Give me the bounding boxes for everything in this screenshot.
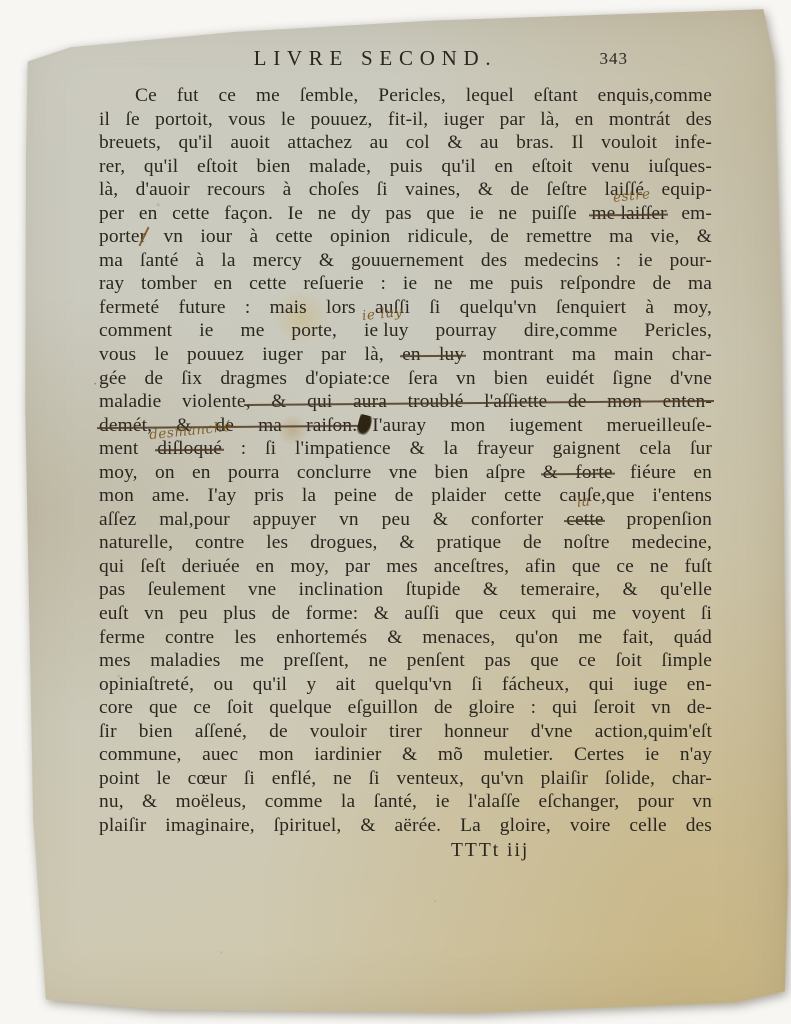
print-text: comment ie me porte,	[99, 320, 364, 341]
print-text: vous le pouuez iuger par là,	[99, 344, 402, 365]
text-line: per en cette façon. Ie ne dy pas que ie …	[99, 202, 712, 226]
print-text: pas ſeulement vne inclination ſtupide & …	[99, 579, 712, 600]
print-text: breuets, qu'il auoit attachez au col & a…	[99, 132, 712, 153]
print-text: montrant ma main char-	[464, 344, 712, 365]
print-text: ma ſanté à la mercy & gouuernement des m…	[99, 250, 712, 271]
margin-speck: '	[109, 776, 111, 792]
text-line: ferme contre les enhortemés & menaces, q…	[99, 626, 712, 650]
print-text: ie luy	[364, 320, 409, 341]
text-line: Ce fut ce me ſemble, Pericles, lequel eſ…	[99, 84, 712, 108]
margin-speck: '	[112, 748, 114, 764]
text-line: core que ce ſoit quelque eſguillon de gl…	[99, 696, 712, 720]
text-line: aſſez mal,pour appuyer vn peu & conforte…	[99, 508, 712, 532]
struck-text: & forte	[543, 462, 613, 483]
print-text: mon ame. I'ay pris la peine de plaider c…	[99, 485, 712, 506]
text-line: moy, on en pourra conclurre vne bien aſp…	[99, 461, 712, 485]
margin-speck: ·	[93, 376, 97, 392]
print-text: gée de ſix dragmes d'opiate:ce ſera vn b…	[99, 368, 712, 389]
text-line: pas ſeulement vne inclination ſtupide & …	[99, 578, 712, 602]
text-line: ma ſanté à la mercy & gouuernement des m…	[99, 249, 712, 273]
print-text: ferme contre les enhortemés & menaces, q…	[99, 627, 712, 648]
text-line: euſt vn peu plus de forme: & auſſi que c…	[99, 602, 712, 626]
text-line: point le cœur ſi enflé, ne ſi venteux, q…	[99, 767, 712, 791]
text-line: nu, & moëleus, comme la ſanté, ie l'alaſ…	[99, 790, 712, 814]
print-text: pourray dire,comme Pericles,	[409, 320, 712, 341]
print-text: porte	[99, 226, 140, 247]
text-line: il ſe portoit, vous le pouuez, fit-il, i…	[99, 108, 712, 132]
print-text: ment	[99, 438, 157, 459]
text-line: rer, qu'il eſtoit bien malade, puis qu'i…	[99, 155, 712, 179]
print-text: maladie violente	[99, 391, 246, 412]
print-text: moy, on en pourra conclurre vne bien aſp…	[99, 462, 543, 483]
text-line: naturelle, contre les drogues, & pratiqu…	[99, 531, 712, 555]
print-text: vn iour à cette opinion ridicule, de rem…	[146, 226, 712, 247]
text-line: maladie violente, & qui aura troublé l'a…	[99, 390, 712, 414]
print-text: commune, auec mon iardinier & mõ muletie…	[99, 744, 712, 765]
text-line: porter vn iour à cette opinion ridicule,…	[99, 225, 712, 249]
scan-backdrop: LIVRE SECOND. 343 Ce fut ce me ſemble, P…	[0, 0, 791, 1024]
print-text: per en cette façon. Ie ne dy pas que ie …	[99, 203, 591, 224]
print-text: Ce fut ce me ſemble, Pericles, lequel eſ…	[135, 85, 712, 106]
print-text: aſſez mal,pour appuyer vn peu & conforte…	[99, 509, 566, 530]
text-line: ray tomber en cette reſuerie : ie ne me …	[99, 272, 712, 296]
text-line: gée de ſix dragmes d'opiate:ce ſera vn b…	[99, 367, 712, 391]
text-line: ment desmanchédiſloqué : ſi l'impatience…	[99, 437, 712, 461]
text-line: là, d'auoir recours à choſes ſi vaines, …	[99, 178, 712, 202]
print-text: fiéure en	[613, 462, 712, 483]
text-line: plaiſir imaginaire, ſpirituel, & aërée. …	[99, 814, 712, 838]
body-lines: Ce fut ce me ſemble, Pericles, lequel eſ…	[99, 84, 712, 838]
ink-blot	[356, 413, 373, 436]
print-text: core que ce ſoit quelque eſguillon de gl…	[99, 697, 712, 718]
text-line: vous le pouuez iuger par là, en luy mont…	[99, 343, 712, 367]
struck-text: demét, & de ma raiſon.	[99, 415, 357, 436]
page-header: LIVRE SECOND. 343	[99, 44, 712, 84]
print-text: qui ſeſt deriuée en moy, par mes anceſtr…	[99, 556, 712, 577]
print-text: mes maladies me preſſent, ne penſent pas…	[99, 650, 712, 671]
text-line: ſir bien aſſené, de vouloir tirer honneu…	[99, 720, 712, 744]
text-block: LIVRE SECOND. 343 Ce fut ce me ſemble, P…	[99, 44, 712, 864]
print-text: point le cœur ſi enflé, ne ſi venteux, q…	[99, 768, 712, 789]
text-line: breuets, qu'il auoit attachez au col & a…	[99, 131, 712, 155]
text-line: opiniaſtreté, ou qu'il y ait quelqu'vn ſ…	[99, 673, 712, 697]
text-line: mes maladies me preſſent, ne penſent pas…	[99, 649, 712, 673]
signature-mark: TTTt iij	[99, 838, 712, 864]
correction-site: ie luyie luy	[364, 319, 409, 343]
text-line: fermeté future : mais lors auſſi ſi quel…	[99, 296, 712, 320]
slashed-letter: r	[140, 226, 147, 247]
struck-text: , & qui aura troublé l'aſſiette de mon e…	[246, 391, 712, 412]
correction-site: desmanchédiſloqué	[157, 437, 222, 461]
print-text: rer, qu'il eſtoit bien malade, puis qu'i…	[99, 156, 712, 177]
text-line: comment ie me porte, ie luyie luy pourra…	[99, 319, 712, 343]
struck-text: diſloqué	[157, 438, 222, 459]
print-text: opiniaſtreté, ou qu'il y ait quelqu'vn ſ…	[99, 674, 712, 695]
print-text: em-	[667, 203, 712, 224]
print-text: propenſion	[604, 509, 712, 530]
print-text: nu, & moëleus, comme la ſanté, ie l'alaſ…	[99, 791, 712, 812]
print-text: I'auray mon iugement merueilleuſe-	[372, 415, 712, 436]
text-line: demét, & de ma raiſon.I'auray mon iugeme…	[99, 414, 712, 438]
print-text: il ſe portoit, vous le pouuez, fit-il, i…	[99, 109, 712, 130]
struck-text: me laiſſer	[591, 203, 666, 224]
print-text: ſir bien aſſené, de vouloir tirer honneu…	[99, 721, 712, 742]
correction-site: lacette	[566, 508, 603, 532]
running-title: LIVRE SECOND.	[99, 46, 652, 71]
scanned-book-page: LIVRE SECOND. 343 Ce fut ce me ſemble, P…	[0, 0, 791, 1024]
text-line: mon ame. I'ay pris la peine de plaider c…	[99, 484, 712, 508]
page-number: 343	[600, 49, 629, 69]
struck-text: cette	[566, 509, 603, 530]
struck-text: en luy	[402, 344, 464, 365]
text-line: commune, auec mon iardinier & mõ muletie…	[99, 743, 712, 767]
print-text: plaiſir imaginaire, ſpirituel, & aërée. …	[99, 815, 712, 836]
print-text: fermeté future : mais lors auſſi ſi quel…	[99, 297, 712, 318]
print-text: : ſi l'impatience & la frayeur gaignent …	[222, 438, 712, 459]
print-text: là, d'auoir recours à choſes ſi vaines, …	[99, 179, 712, 200]
correction-site: estreme laiſſer	[591, 202, 666, 226]
text-line: qui ſeſt deriuée en moy, par mes anceſtr…	[99, 555, 712, 579]
print-text: euſt vn peu plus de forme: & auſſi que c…	[99, 603, 712, 624]
print-text: naturelle, contre les drogues, & pratiqu…	[99, 532, 712, 553]
print-text: ray tomber en cette reſuerie : ie ne me …	[99, 273, 712, 294]
